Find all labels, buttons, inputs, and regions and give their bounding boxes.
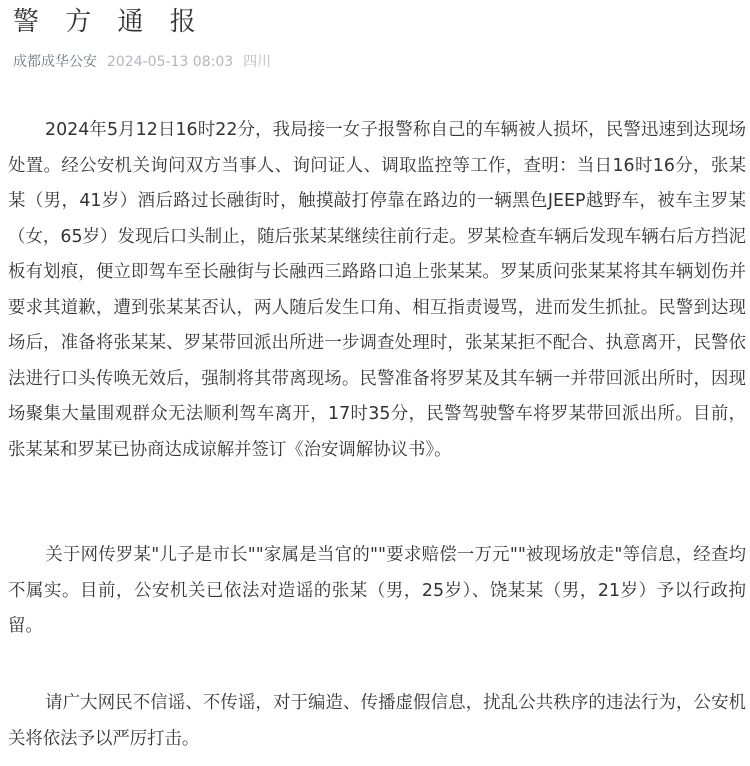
paragraph-incident: 2024年5月12日16时22分，我局接一女子报警称自己的车辆被人损坏，民警迅速… — [8, 113, 746, 468]
article-title: 警 方 通 报 — [13, 4, 205, 40]
paragraph-warning: 请广大网民不信谣、不传谣，对于编造、传播虚假信息，扰乱公共秩序的违法行为，公安机… — [8, 686, 746, 757]
paragraph-text: 请广大网民不信谣、不传谣，对于编造、传播虚假信息，扰乱公共秩序的违法行为，公安机… — [8, 693, 746, 749]
article-meta: 成都成华公安2024-05-13 08:03四川 — [13, 52, 271, 72]
paragraph-rumor-clarification: 关于网传罗某"儿子是市长""家属是当官的""要求赔偿一万元""被现场放走"等信息… — [8, 538, 746, 645]
paragraph-text: 2024年5月12日16时22分，我局接一女子报警称自己的车辆被人损坏，民警迅速… — [8, 120, 746, 460]
paragraph-text: 关于网传罗某"儿子是市长""家属是当官的""要求赔偿一万元""被现场放走"等信息… — [8, 545, 746, 636]
author-name[interactable]: 成都成华公安 — [13, 54, 97, 70]
publish-time: 2024-05-13 08:03 — [107, 54, 233, 70]
region-label: 四川 — [243, 54, 271, 70]
